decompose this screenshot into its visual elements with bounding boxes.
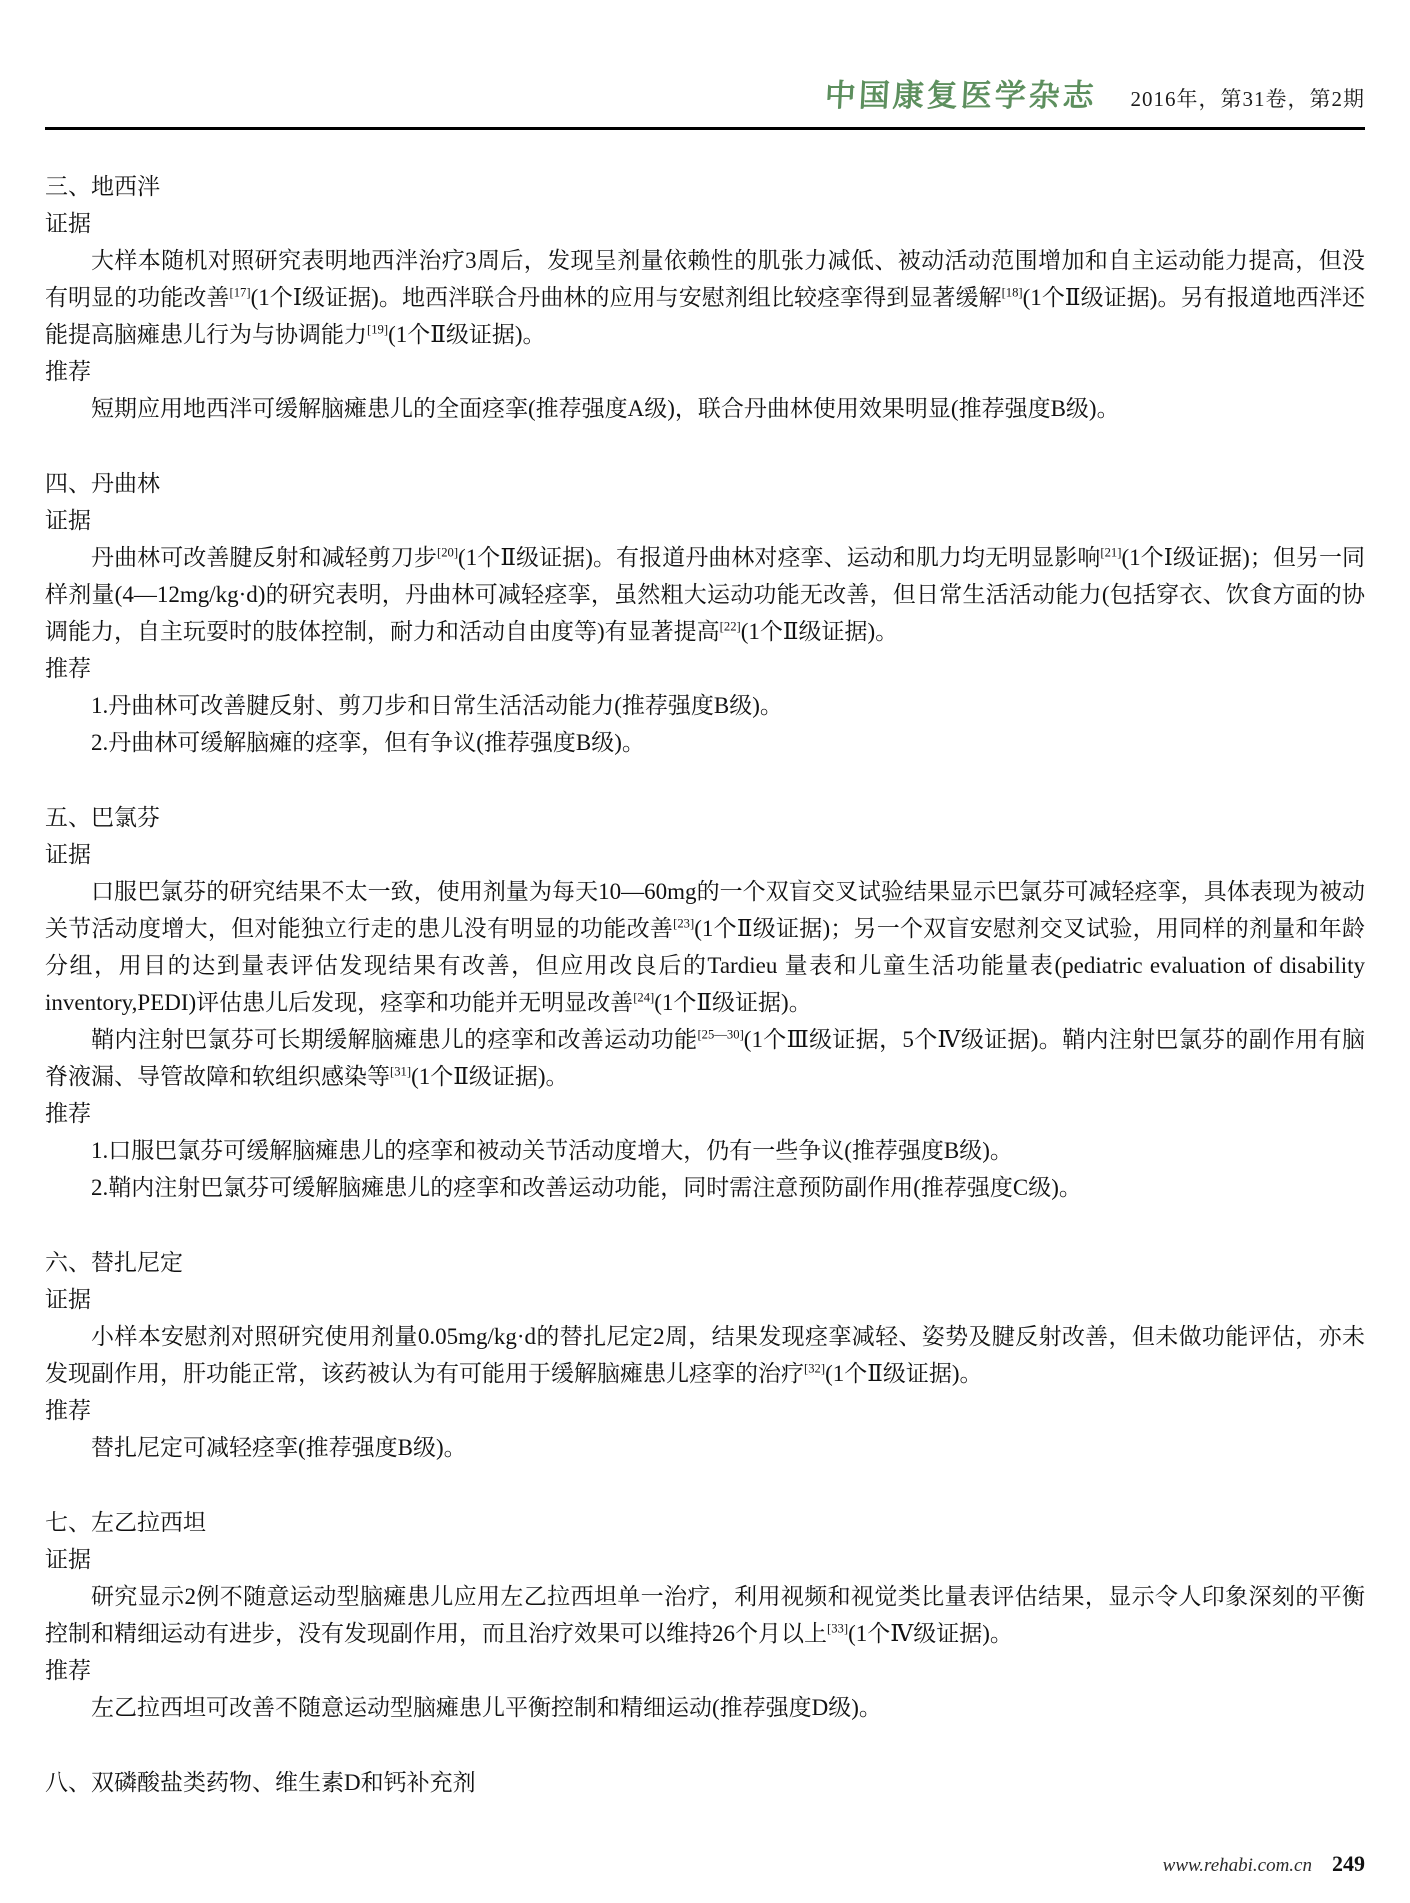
body-paragraph: 大样本随机对照研究表明地西泮治疗3周后，发现呈剂量依赖性的肌张力减低、被动活动范…: [45, 242, 1365, 353]
body-paragraph: 研究显示2例不随意运动型脑瘫患儿应用左乙拉西坦单一治疗，利用视频和视觉类比量表评…: [45, 1578, 1365, 1652]
section-heading: 六、替扎尼定: [45, 1244, 1365, 1281]
reference-superscript: [33]: [827, 1621, 848, 1635]
article-section: 三、地西泮证据大样本随机对照研究表明地西泮治疗3周后，发现呈剂量依赖性的肌张力减…: [45, 168, 1365, 427]
block-label: 证据: [45, 836, 1365, 873]
article-section: 六、替扎尼定证据小样本安慰剂对照研究使用剂量0.05mg/kg·d的替扎尼定2周…: [45, 1244, 1365, 1466]
journal-logo: 中国康复医学杂志: [823, 70, 1097, 115]
block-label: 证据: [45, 502, 1365, 539]
block-label: 推荐: [45, 353, 1365, 390]
block-label: 证据: [45, 1281, 1365, 1318]
reference-superscript: [19]: [367, 322, 388, 336]
block-label: 证据: [45, 1541, 1365, 1578]
reference-superscript: [25—30]: [697, 1027, 743, 1041]
body-paragraph: 小样本安慰剂对照研究使用剂量0.05mg/kg·d的替扎尼定2周，结果发现痉挛减…: [45, 1318, 1365, 1392]
block-label: 推荐: [45, 1095, 1365, 1132]
body-paragraph: 1.口服巴氯芬可缓解脑瘫患儿的痉挛和被动关节活动度增大，仍有一些争议(推荐强度B…: [45, 1132, 1365, 1169]
reference-superscript: [32]: [804, 1361, 825, 1375]
reference-superscript: [23]: [673, 916, 694, 930]
body-paragraph: 1.丹曲林可改善腱反射、剪刀步和日常生活活动能力(推荐强度B级)。: [45, 687, 1365, 724]
article-section: 五、巴氯芬证据口服巴氯芬的研究结果不太一致，使用剂量为每天10—60mg的一个双…: [45, 799, 1365, 1206]
reference-superscript: [21]: [1100, 545, 1121, 559]
reference-superscript: [22]: [720, 619, 741, 633]
section-heading: 八、双磷酸盐类药物、维生素D和钙补充剂: [45, 1764, 1365, 1801]
reference-superscript: [24]: [633, 990, 654, 1004]
block-label: 推荐: [45, 1652, 1365, 1689]
reference-superscript: [18]: [1002, 285, 1023, 299]
page-header: 中国康复医学杂志 2016年，第31卷，第2期: [45, 0, 1365, 130]
footer-website: www.rehabi.com.cn: [1163, 1855, 1312, 1877]
section-heading: 七、左乙拉西坦: [45, 1504, 1365, 1541]
section-heading: 三、地西泮: [45, 168, 1365, 205]
reference-superscript: [31]: [390, 1064, 411, 1078]
article-section: 七、左乙拉西坦证据研究显示2例不随意运动型脑瘫患儿应用左乙拉西坦单一治疗，利用视…: [45, 1504, 1365, 1726]
body-paragraph: 2.鞘内注射巴氯芬可缓解脑瘫患儿的痉挛和改善运动功能，同时需注意预防副作用(推荐…: [45, 1169, 1365, 1206]
block-label: 推荐: [45, 1392, 1365, 1429]
body-paragraph: 左乙拉西坦可改善不随意运动型脑瘫患儿平衡控制和精细运动(推荐强度D级)。: [45, 1689, 1365, 1726]
body-paragraph: 替扎尼定可减轻痉挛(推荐强度B级)。: [45, 1429, 1365, 1466]
article-section: 四、丹曲林证据丹曲林可改善腱反射和减轻剪刀步[20](1个Ⅱ级证据)。有报道丹曲…: [45, 465, 1365, 761]
block-label: 推荐: [45, 650, 1365, 687]
footer-page-number: 249: [1332, 1851, 1365, 1877]
body-paragraph: 鞘内注射巴氯芬可长期缓解脑瘫患儿的痉挛和改善运动功能[25—30](1个Ⅲ级证据…: [45, 1021, 1365, 1095]
body-paragraph: 口服巴氯芬的研究结果不太一致，使用剂量为每天10—60mg的一个双盲交叉试验结果…: [45, 873, 1365, 1021]
body-paragraph: 2.丹曲林可缓解脑瘫的痉挛，但有争议(推荐强度B级)。: [45, 724, 1365, 761]
page-footer: www.rehabi.com.cn 249: [1163, 1851, 1365, 1877]
section-heading: 四、丹曲林: [45, 465, 1365, 502]
body-paragraph: 丹曲林可改善腱反射和减轻剪刀步[20](1个Ⅱ级证据)。有报道丹曲林对痉挛、运动…: [45, 539, 1365, 650]
reference-superscript: [20]: [437, 545, 458, 559]
article-body: 三、地西泮证据大样本随机对照研究表明地西泮治疗3周后，发现呈剂量依赖性的肌张力减…: [45, 168, 1365, 1801]
issue-info: 2016年，第31卷，第2期: [1131, 83, 1366, 113]
reference-superscript: [17]: [230, 285, 251, 299]
block-label: 证据: [45, 205, 1365, 242]
section-heading: 五、巴氯芬: [45, 799, 1365, 836]
journal-page: 中国康复医学杂志 2016年，第31卷，第2期 三、地西泮证据大样本随机对照研究…: [0, 0, 1410, 1903]
article-section: 八、双磷酸盐类药物、维生素D和钙补充剂: [45, 1764, 1365, 1801]
body-paragraph: 短期应用地西泮可缓解脑瘫患儿的全面痉挛(推荐强度A级)，联合丹曲林使用效果明显(…: [45, 390, 1365, 427]
